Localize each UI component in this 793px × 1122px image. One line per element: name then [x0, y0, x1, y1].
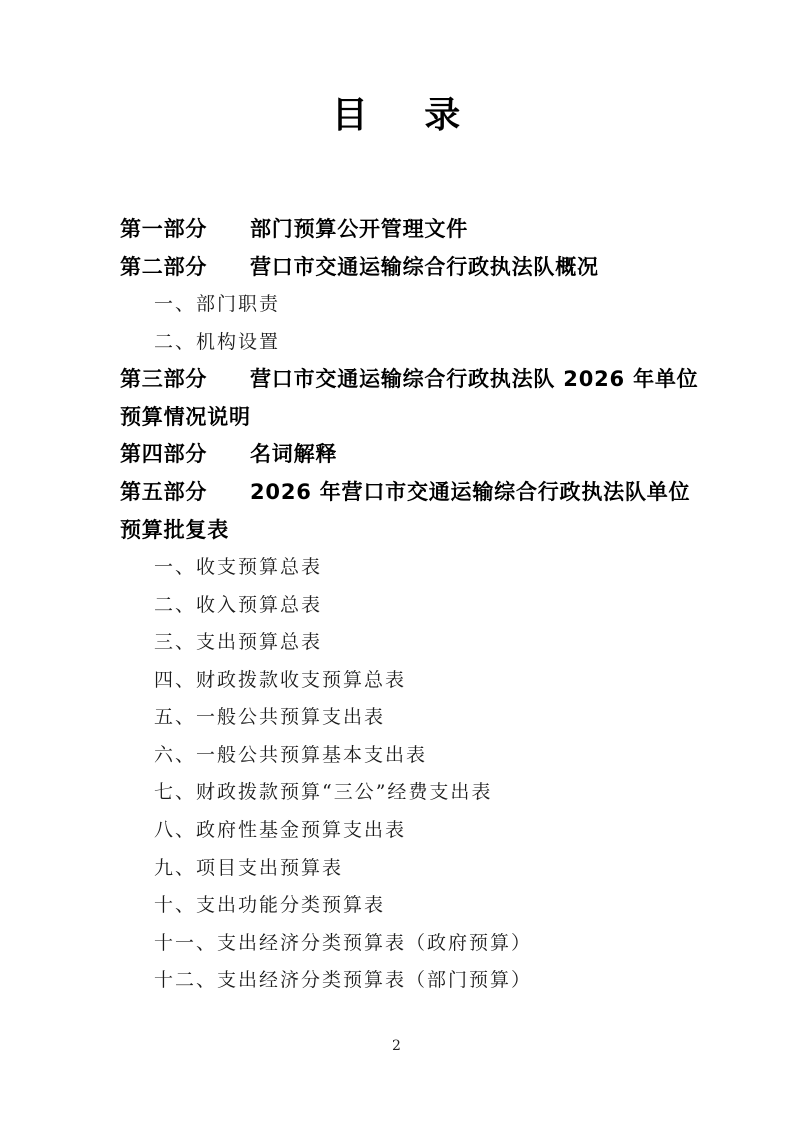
document-page: 目 录 第一部分部门预算公开管理文件 第二部分营口市交通运输综合行政执法队概况 … — [0, 0, 793, 1122]
toc-subentry: 十、支出功能分类预算表 — [120, 887, 680, 925]
toc-subentry: 一、部门职责 — [120, 286, 680, 324]
page-title: 目 录 — [0, 94, 793, 136]
toc-subentry: 六、一般公共预算基本支出表 — [120, 737, 680, 775]
toc-entry-label: 第一部分 — [120, 211, 250, 249]
toc-entry-continuation: 预算情况说明 — [120, 399, 680, 437]
toc-entry-part-3: 第三部分营口市交通运输综合行政执法队 2026 年单位 — [120, 361, 680, 399]
page-number: 2 — [0, 1038, 793, 1054]
toc-subentry: 八、政府性基金预算支出表 — [120, 812, 680, 850]
toc-subentry: 十一、支出经济分类预算表（政府预算） — [120, 925, 680, 963]
table-of-contents: 第一部分部门预算公开管理文件 第二部分营口市交通运输综合行政执法队概况 一、部门… — [120, 211, 680, 1000]
toc-entry-label: 第三部分 — [120, 361, 250, 399]
toc-subentry: 二、收入预算总表 — [120, 587, 680, 625]
toc-subentry: 七、财政拨款预算“三公”经费支出表 — [120, 774, 680, 812]
toc-subentry: 二、机构设置 — [120, 324, 680, 362]
toc-subentry: 十二、支出经济分类预算表（部门预算） — [120, 962, 680, 1000]
toc-entry-text: 2026 年营口市交通运输综合行政执法队单位 — [250, 480, 690, 504]
toc-entry-label: 第五部分 — [120, 474, 250, 512]
toc-subentry: 一、收支预算总表 — [120, 549, 680, 587]
toc-entry-text: 营口市交通运输综合行政执法队概况 — [250, 255, 599, 279]
toc-subentry: 九、项目支出预算表 — [120, 850, 680, 888]
toc-subentry: 五、一般公共预算支出表 — [120, 699, 680, 737]
toc-entry-part-2: 第二部分营口市交通运输综合行政执法队概况 — [120, 249, 680, 287]
toc-entry-text: 名词解释 — [250, 442, 337, 466]
toc-entry-part-1: 第一部分部门预算公开管理文件 — [120, 211, 680, 249]
toc-entry-label: 第二部分 — [120, 249, 250, 287]
toc-entry-part-5: 第五部分2026 年营口市交通运输综合行政执法队单位 — [120, 474, 680, 512]
toc-entry-continuation: 预算批复表 — [120, 512, 680, 550]
toc-entry-label: 第四部分 — [120, 436, 250, 474]
toc-entry-text: 营口市交通运输综合行政执法队 2026 年单位 — [250, 367, 698, 391]
toc-subentry: 三、支出预算总表 — [120, 624, 680, 662]
toc-entry-part-4: 第四部分名词解释 — [120, 436, 680, 474]
toc-entry-text: 部门预算公开管理文件 — [250, 217, 468, 241]
toc-subentry: 四、财政拨款收支预算总表 — [120, 662, 680, 700]
